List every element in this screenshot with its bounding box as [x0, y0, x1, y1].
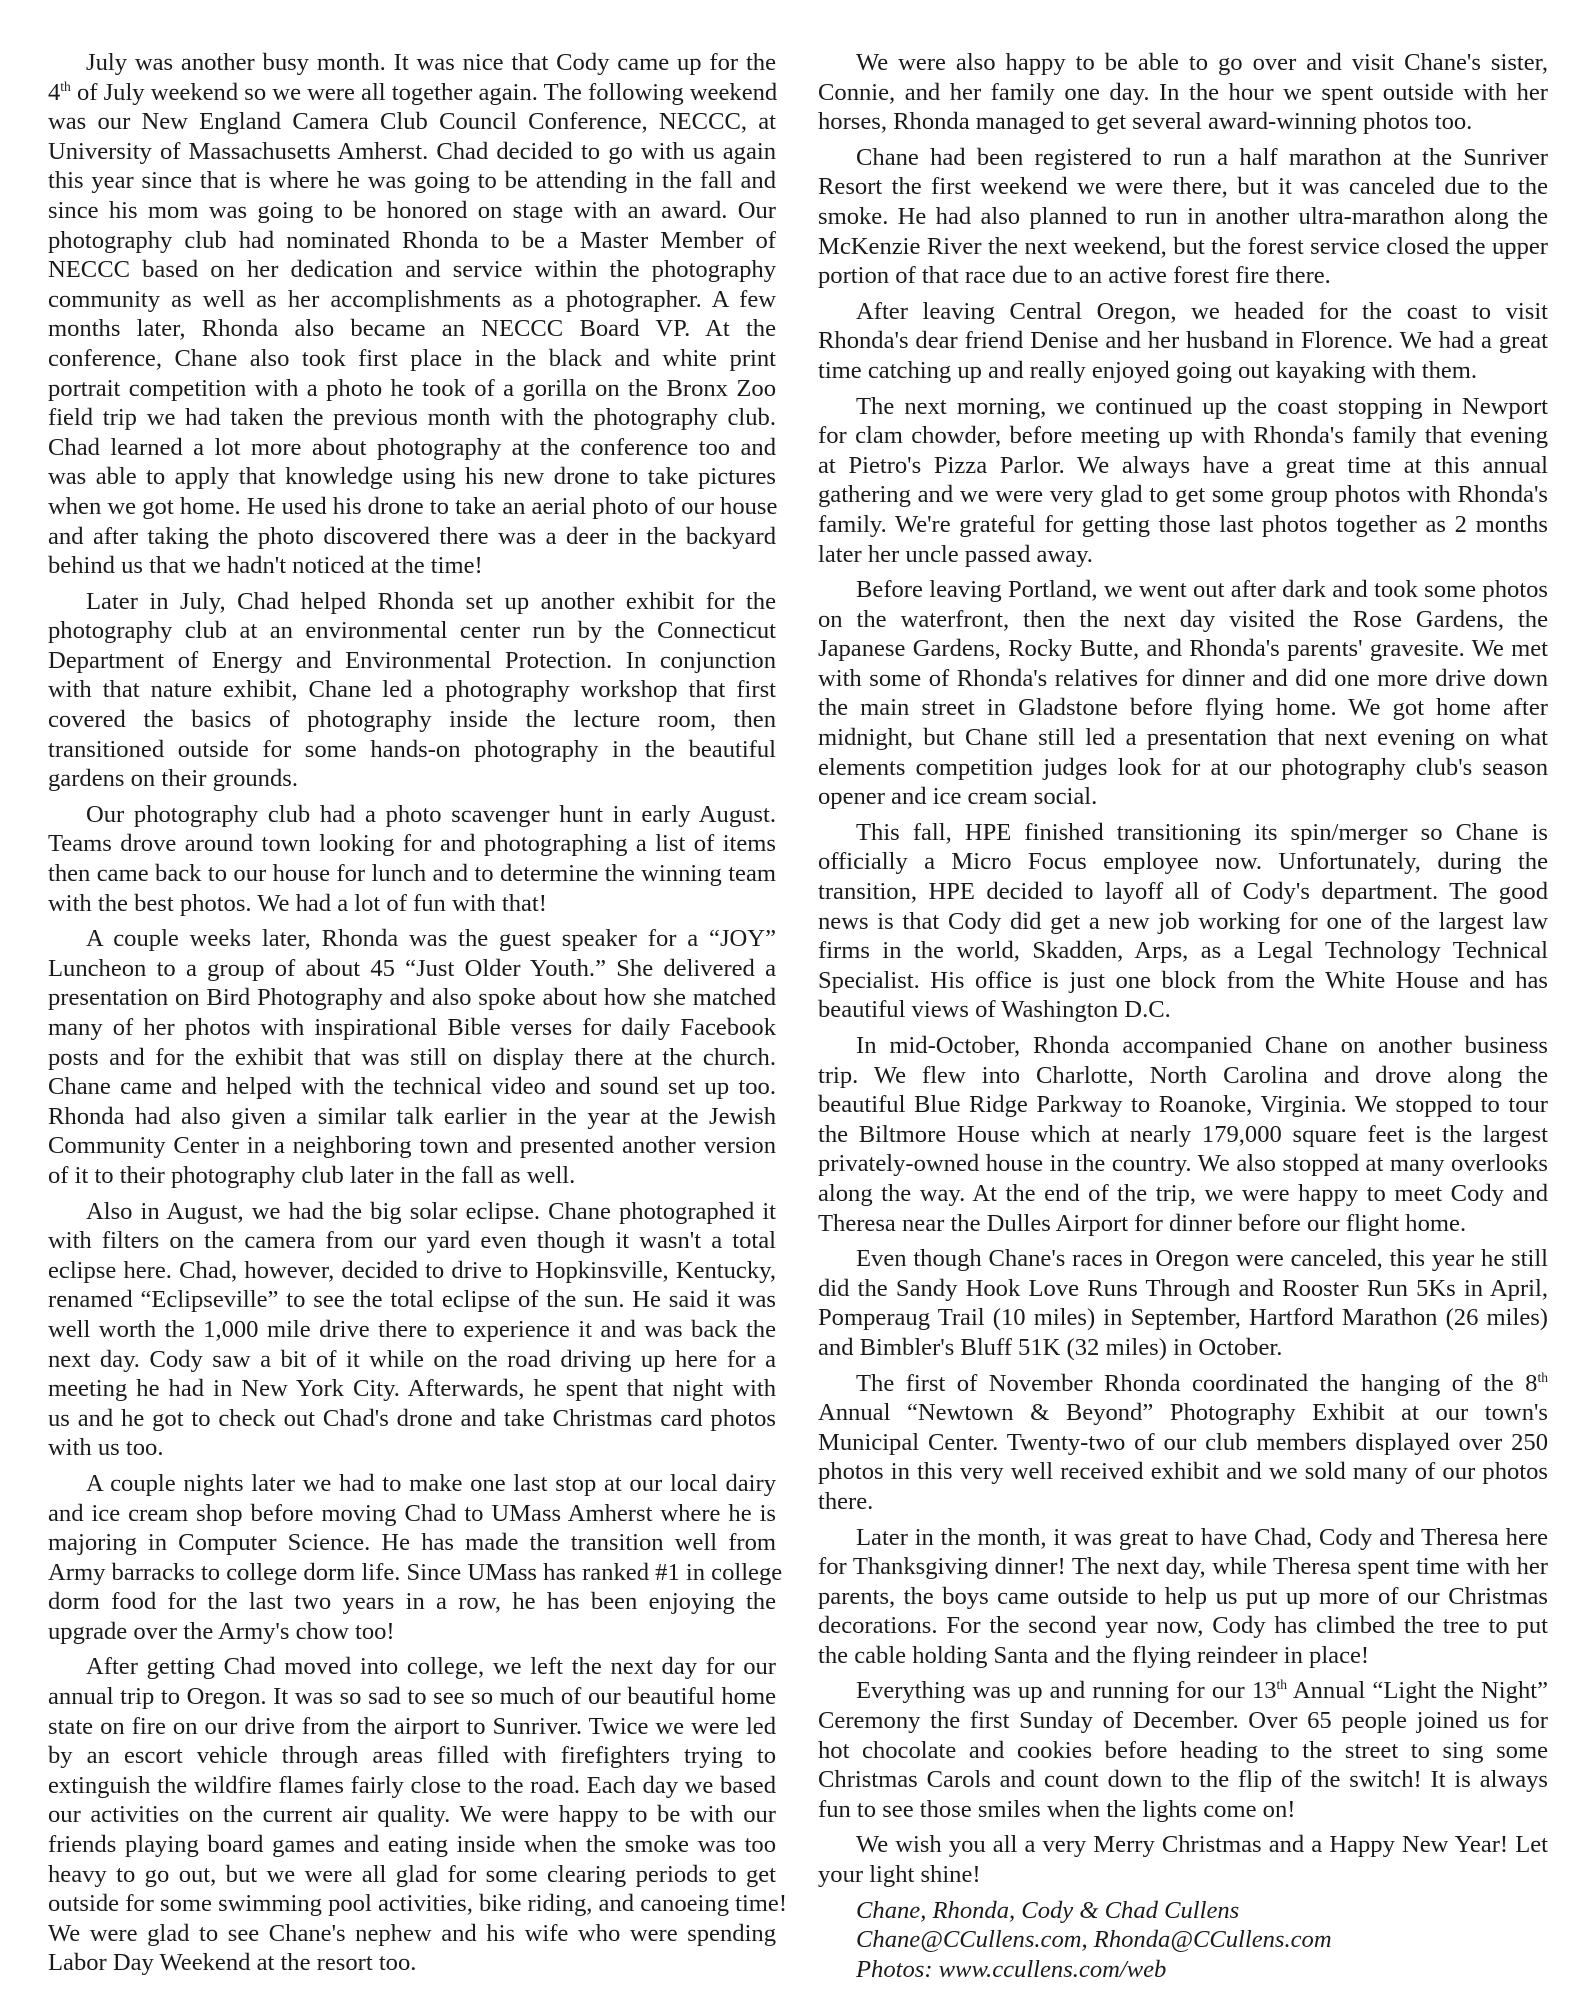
text-line: Labor Day Weekend at the resort too. [48, 1948, 776, 1978]
text-line: portion of that race due to an active fo… [818, 261, 1548, 291]
right-column: We were also happy to be able to go over… [818, 48, 1548, 1984]
text-line: the cable holding Santa and the flying r… [818, 1641, 1548, 1671]
paragraph: Also in August, we had the big solar ecl… [48, 1197, 776, 1463]
left-column: July was another busy month. It was nice… [48, 48, 776, 1984]
text-line: eclipse here. Chad, however, decided to … [48, 1256, 776, 1286]
text-line: gathering and we were very glad to get s… [818, 480, 1548, 510]
text-line: McKenzie River the next weekend, but the… [818, 232, 1548, 262]
text-line: renamed “Eclipseville” to see the total … [48, 1285, 776, 1315]
text-line: hot chocolate and cookies before heading… [818, 1736, 1548, 1766]
text-line: parents, the boys came outside to help u… [818, 1582, 1548, 1612]
text-line: there. [818, 1487, 1548, 1517]
text-line: The first of November Rhonda coordinated… [818, 1369, 1548, 1399]
text-line: posts and for the exhibit that was still… [48, 1043, 776, 1073]
text-line: with that nature exhibit, Chane led a ph… [48, 675, 776, 705]
text-line: photos in this very well received exhibi… [818, 1457, 1548, 1487]
text-line: with some of Rhonda's relatives for dinn… [818, 664, 1548, 694]
text-line: with the best photos. We had a lot of fu… [48, 889, 776, 919]
text-line: NECCC based on her dedication and servic… [48, 255, 776, 285]
paragraph: Later in July, Chad helped Rhonda set up… [48, 587, 776, 794]
text-line: Specialist. His office is just one block… [818, 966, 1548, 996]
paragraph: A couple nights later we had to make one… [48, 1469, 776, 1647]
text-line: beautiful views of Washington D.C. [818, 995, 1548, 1025]
paragraph: Even though Chane's races in Oregon were… [818, 1244, 1548, 1362]
text-line: many of her photos with inspirational Bi… [48, 1013, 776, 1043]
paragraph: Everything was up and running for our 13… [818, 1676, 1548, 1824]
text-line: when we got home. He used his drone to t… [48, 492, 776, 522]
text-line: state on fire on our drive from the airp… [48, 1712, 776, 1742]
text-line: beautiful Blue Ridge Parkway to Roanoke,… [818, 1090, 1548, 1120]
text-line: our activities on the current air qualit… [48, 1800, 776, 1830]
text-line: The next morning, we continued up the co… [818, 392, 1548, 422]
text-line: Pomperaug Trail (10 miles) in September,… [818, 1303, 1548, 1333]
paragraph: Our photography club had a photo scaveng… [48, 800, 776, 918]
text-line: Our photography club had a photo scaveng… [48, 800, 776, 830]
text-line: Japanese Gardens, Rocky Butte, and Rhond… [818, 634, 1548, 664]
text-line: behind us that we hadn't noticed at the … [48, 551, 776, 581]
text-line: Even though Chane's races in Oregon were… [818, 1244, 1548, 1274]
text-line: and ice cream shop before moving Chad to… [48, 1499, 776, 1529]
text-line: privately-owned house in the country. We… [818, 1149, 1548, 1179]
text-line: transition, HPE decided to layoff all of… [818, 877, 1548, 907]
paragraph: After leaving Central Oregon, we headed … [818, 297, 1548, 386]
text-line: news is that Cody did get a new job work… [818, 907, 1548, 937]
text-line: of it to their photography club later in… [48, 1161, 776, 1191]
text-line: presentation on Bird Photography and als… [48, 983, 776, 1013]
text-line: A couple weeks later, Rhonda was the gue… [48, 924, 776, 954]
text-line: was our New England Camera Club Council … [48, 107, 776, 137]
text-line: meeting he had in New York City. Afterwa… [48, 1374, 776, 1404]
text-line: In mid-October, Rhonda accompanied Chane… [818, 1031, 1548, 1061]
text-line: Teams drove around town looking for and … [48, 829, 776, 859]
paragraph: This fall, HPE finished transitioning it… [818, 818, 1548, 1025]
paragraph: After getting Chad moved into college, w… [48, 1652, 776, 1978]
text-line: July was another busy month. It was nice… [48, 48, 776, 78]
paragraph: We wish you all a very Merry Christmas a… [818, 1830, 1548, 1889]
paragraph: The first of November Rhonda coordinated… [818, 1369, 1548, 1517]
text-line: heavy to go out, but we were all glad fo… [48, 1860, 776, 1890]
text-line: outside for some swimming pool activitie… [48, 1889, 776, 1919]
text-line: We were also happy to be able to go over… [818, 48, 1548, 78]
text-line: annual trip to Oregon. It was so sad to … [48, 1682, 776, 1712]
text-line: since his mom was going to be honored on… [48, 196, 776, 226]
text-line: Later in July, Chad helped Rhonda set up… [48, 587, 776, 617]
text-line: your light shine! [818, 1860, 1548, 1890]
text-line: Christmas Carols and count down to the f… [818, 1765, 1548, 1795]
paragraph: July was another busy month. It was nice… [48, 48, 776, 581]
text-line: this year since that is where he was goi… [48, 166, 776, 196]
text-line: Before leaving Portland, we went out aft… [818, 575, 1548, 605]
text-line: then came back to our house for lunch an… [48, 859, 776, 889]
text-line: A couple nights later we had to make one… [48, 1469, 776, 1499]
text-line: transitioned outside for some hands-on p… [48, 735, 776, 765]
text-line: the Biltmore House which at nearly 179,0… [818, 1120, 1548, 1150]
text-line: firms in the world, Skadden, Arps, as a … [818, 936, 1548, 966]
text-line: Army barracks to college dorm life. Sinc… [48, 1558, 776, 1588]
paragraph: Later in the month, it was great to have… [818, 1523, 1548, 1671]
text-line: for clam chowder, before meeting up with… [818, 421, 1548, 451]
text-line: majoring in Computer Science. He has mad… [48, 1528, 776, 1558]
paragraph: We were also happy to be able to go over… [818, 48, 1548, 137]
text-line: and after taking the photo discovered th… [48, 522, 776, 552]
text-line: along the way. At the end of the trip, w… [818, 1179, 1548, 1209]
text-line: We were glad to see Chane's nephew and h… [48, 1919, 776, 1949]
paragraph: A couple weeks later, Rhonda was the gue… [48, 924, 776, 1190]
text-line: was able to apply that knowledge using h… [48, 462, 776, 492]
text-line: Later in the month, it was great to have… [818, 1523, 1548, 1553]
text-line: family. We're grateful for getting those… [818, 510, 1548, 540]
paragraph: Chane had been registered to run a half … [818, 143, 1548, 291]
text-line: extinguish the wildfire flames fairly cl… [48, 1771, 776, 1801]
text-line: Chane came and helped with the technical… [48, 1072, 776, 1102]
text-line: well worth the 1,000 mile drive there to… [48, 1315, 776, 1345]
text-line: horses, Rhonda managed to get several aw… [818, 107, 1548, 137]
text-line: trip. We flew into Charlotte, North Caro… [818, 1061, 1548, 1091]
text-line: later her uncle passed away. [818, 540, 1548, 570]
text-line: decorations. For the second year now, Co… [818, 1611, 1548, 1641]
text-line: officially a Micro Focus employee now. U… [818, 847, 1548, 877]
text-line: After getting Chad moved into college, w… [48, 1652, 776, 1682]
text-line: time catching up and really enjoyed goin… [818, 356, 1548, 386]
text-line: dorm food for the last two years in a ro… [48, 1587, 776, 1617]
text-line: Chane had been registered to run a half … [818, 143, 1548, 173]
text-line: did the Sandy Hook Love Runs Through and… [818, 1274, 1548, 1304]
text-line: Everything was up and running for our 13… [818, 1676, 1548, 1706]
text-line: midnight, but Chane still led a presenta… [818, 723, 1548, 753]
text-line: elements competition judges look for at … [818, 753, 1548, 783]
text-line: on the waterfront, then the next day vis… [818, 605, 1548, 635]
text-line: gardens on their grounds. [48, 764, 776, 794]
text-line: photography club had nominated Rhonda to… [48, 226, 776, 256]
paragraph: The next morning, we continued up the co… [818, 392, 1548, 570]
text-line: covered the basics of photography inside… [48, 705, 776, 735]
text-line: Resort the first weekend we were there, … [818, 172, 1548, 202]
text-line: After leaving Central Oregon, we headed … [818, 297, 1548, 327]
text-line: portrait competition with a photo he too… [48, 374, 776, 404]
text-line: community as well as her accomplishments… [48, 285, 776, 315]
text-line: 4th of July weekend so we were all toget… [48, 78, 776, 108]
signature-block: Chane, Rhonda, Cody & Chad Cullens Chane… [818, 1896, 1548, 1985]
signature-photos-link: Photos: www.ccullens.com/web [856, 1955, 1548, 1985]
text-line: We wish you all a very Merry Christmas a… [818, 1830, 1548, 1860]
paragraph: In mid-October, Rhonda accompanied Chane… [818, 1031, 1548, 1238]
text-line: Department of Energy and Environmental P… [48, 646, 776, 676]
text-line: Ceremony the first Sunday of December. O… [818, 1706, 1548, 1736]
text-line: with us too. [48, 1433, 776, 1463]
signature-emails: Chane@CCullens.com, Rhonda@CCullens.com [856, 1925, 1548, 1955]
text-line: University of Massachusetts Amherst. Cha… [48, 137, 776, 167]
text-line: Rhonda had also given a similar talk ear… [48, 1102, 776, 1132]
text-line: by an escort vehicle through areas fille… [48, 1741, 776, 1771]
text-line: upgrade over the Army's chow too! [48, 1617, 776, 1647]
text-line: the main street in Gladstone before flyi… [818, 693, 1548, 723]
text-line: opener and ice cream social. [818, 782, 1548, 812]
text-line: photography club at an environmental cen… [48, 616, 776, 646]
text-line: fun to see those smiles when the lights … [818, 1795, 1548, 1825]
text-line: Connie, and her family one day. In the h… [818, 78, 1548, 108]
text-line: Also in August, we had the big solar ecl… [48, 1197, 776, 1227]
text-line: field trip we had taken the previous mon… [48, 403, 776, 433]
paragraph: Before leaving Portland, we went out aft… [818, 575, 1548, 812]
text-line: friends playing board games and eating i… [48, 1830, 776, 1860]
text-line: Theresa near the Dulles Airport for dinn… [818, 1209, 1548, 1239]
text-line: us and he got to check out Chad's drone … [48, 1404, 776, 1434]
text-line: This fall, HPE finished transitioning it… [818, 818, 1548, 848]
text-line: smoke. He had also planned to run in ano… [818, 202, 1548, 232]
text-line: with filters on the camera from our yard… [48, 1226, 776, 1256]
text-line: Community Center in a neighboring town a… [48, 1131, 776, 1161]
text-line: and Bimbler's Bluff 51K (32 miles) in Oc… [818, 1333, 1548, 1363]
text-line: Municipal Center. Twenty-two of our club… [818, 1428, 1548, 1458]
text-line: Rhonda's dear friend Denise and her husb… [818, 326, 1548, 356]
text-line: Chad learned a lot more about photograph… [48, 433, 776, 463]
text-line: for Thanksgiving dinner! The next day, w… [818, 1552, 1548, 1582]
text-line: conference, Chane also took first place … [48, 344, 776, 374]
text-line: months later, Rhonda also became an NECC… [48, 314, 776, 344]
text-line: Annual “Newtown & Beyond” Photography Ex… [818, 1398, 1548, 1428]
text-line: Luncheon to a group of about 45 “Just Ol… [48, 954, 776, 984]
text-line: at Pietro's Pizza Parlor. We always have… [818, 451, 1548, 481]
signature-names: Chane, Rhonda, Cody & Chad Cullens [856, 1896, 1548, 1926]
text-line: next day. Cody saw a bit of it while on … [48, 1345, 776, 1375]
